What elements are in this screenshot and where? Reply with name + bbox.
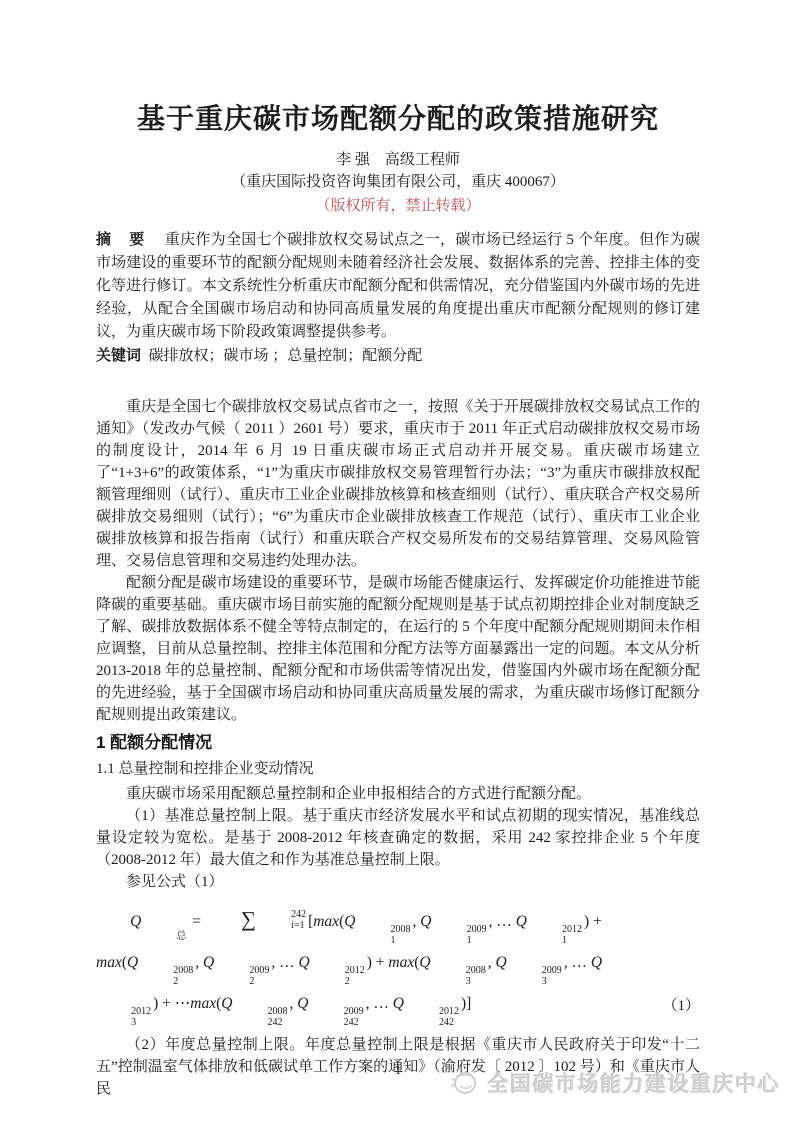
watermark-text: 全国碳市场能力建设重庆中心	[488, 1068, 781, 1098]
abstract-label: 摘 要	[96, 231, 151, 248]
keywords-line: 关键词碳排放权；碳市场 ；总量控制；配额分配	[96, 344, 700, 368]
section-1-heading: 1 配额分配情况	[96, 731, 700, 755]
author-line: 李 强 高级工程师	[96, 150, 700, 170]
equation-number: （1）	[628, 990, 700, 1022]
section-1-1-heading: 1.1 总量控制和控排企业变动情况	[96, 758, 700, 780]
formula-expression: Q总 = ∑242i=1[max(Q20081, Q20091, … Q2012…	[96, 913, 602, 1012]
intro-paragraph-2: 配额分配是碳市场建设的重要环节，是碳市场能否健康运行、发挥碳定价功能推进节能降碳…	[96, 572, 700, 726]
page-title: 基于重庆碳市场配额分配的政策措施研究	[96, 102, 700, 138]
copyright-notice: （版权所有，禁止转载）	[96, 196, 700, 216]
affiliation-line: （重庆国际投资咨询集团有限公司，重庆 400067）	[96, 172, 700, 192]
intro-paragraph-1: 重庆是全国七个碳排放权交易试点省市之一，按照《关于开展碳排放权交易试点工作的通知…	[96, 396, 700, 572]
watermark: 全国碳市场能力建设重庆中心	[447, 1066, 781, 1100]
section-paragraph-1: 重庆碳市场采用配额总量控制和企业申报相结合的方式进行配额分配。	[96, 783, 700, 805]
globe-logo-icon	[447, 1066, 481, 1100]
equation-1: Q总 = ∑242i=1[max(Q20081, Q20091, … Q2012…	[96, 897, 700, 1028]
document-page: 基于重庆碳市场配额分配的政策措施研究 李 强 高级工程师 （重庆国际投资咨询集团…	[0, 0, 796, 1122]
section-paragraph-2: （1）基准总量控制上限。基于重庆市经济发展水平和试点初期的现实情况，基准线总量设…	[96, 805, 700, 871]
keywords-text: 碳排放权；碳市场 ；总量控制；配额分配	[149, 348, 423, 364]
formula-intro: 参见公式（1）	[96, 871, 700, 893]
article-body: 重庆是全国七个碳排放权交易试点省市之一，按照《关于开展碳排放权交易试点工作的通知…	[96, 396, 700, 1100]
abstract-text: 重庆作为全国七个碳排放权交易试点之一，碳市场已经运行 5 个年度。但作为碳市场建…	[96, 232, 700, 340]
keywords-label: 关键词	[96, 347, 141, 364]
abstract-paragraph: 摘 要重庆作为全国七个碳排放权交易试点之一，碳市场已经运行 5 个年度。但作为碳…	[96, 228, 700, 344]
